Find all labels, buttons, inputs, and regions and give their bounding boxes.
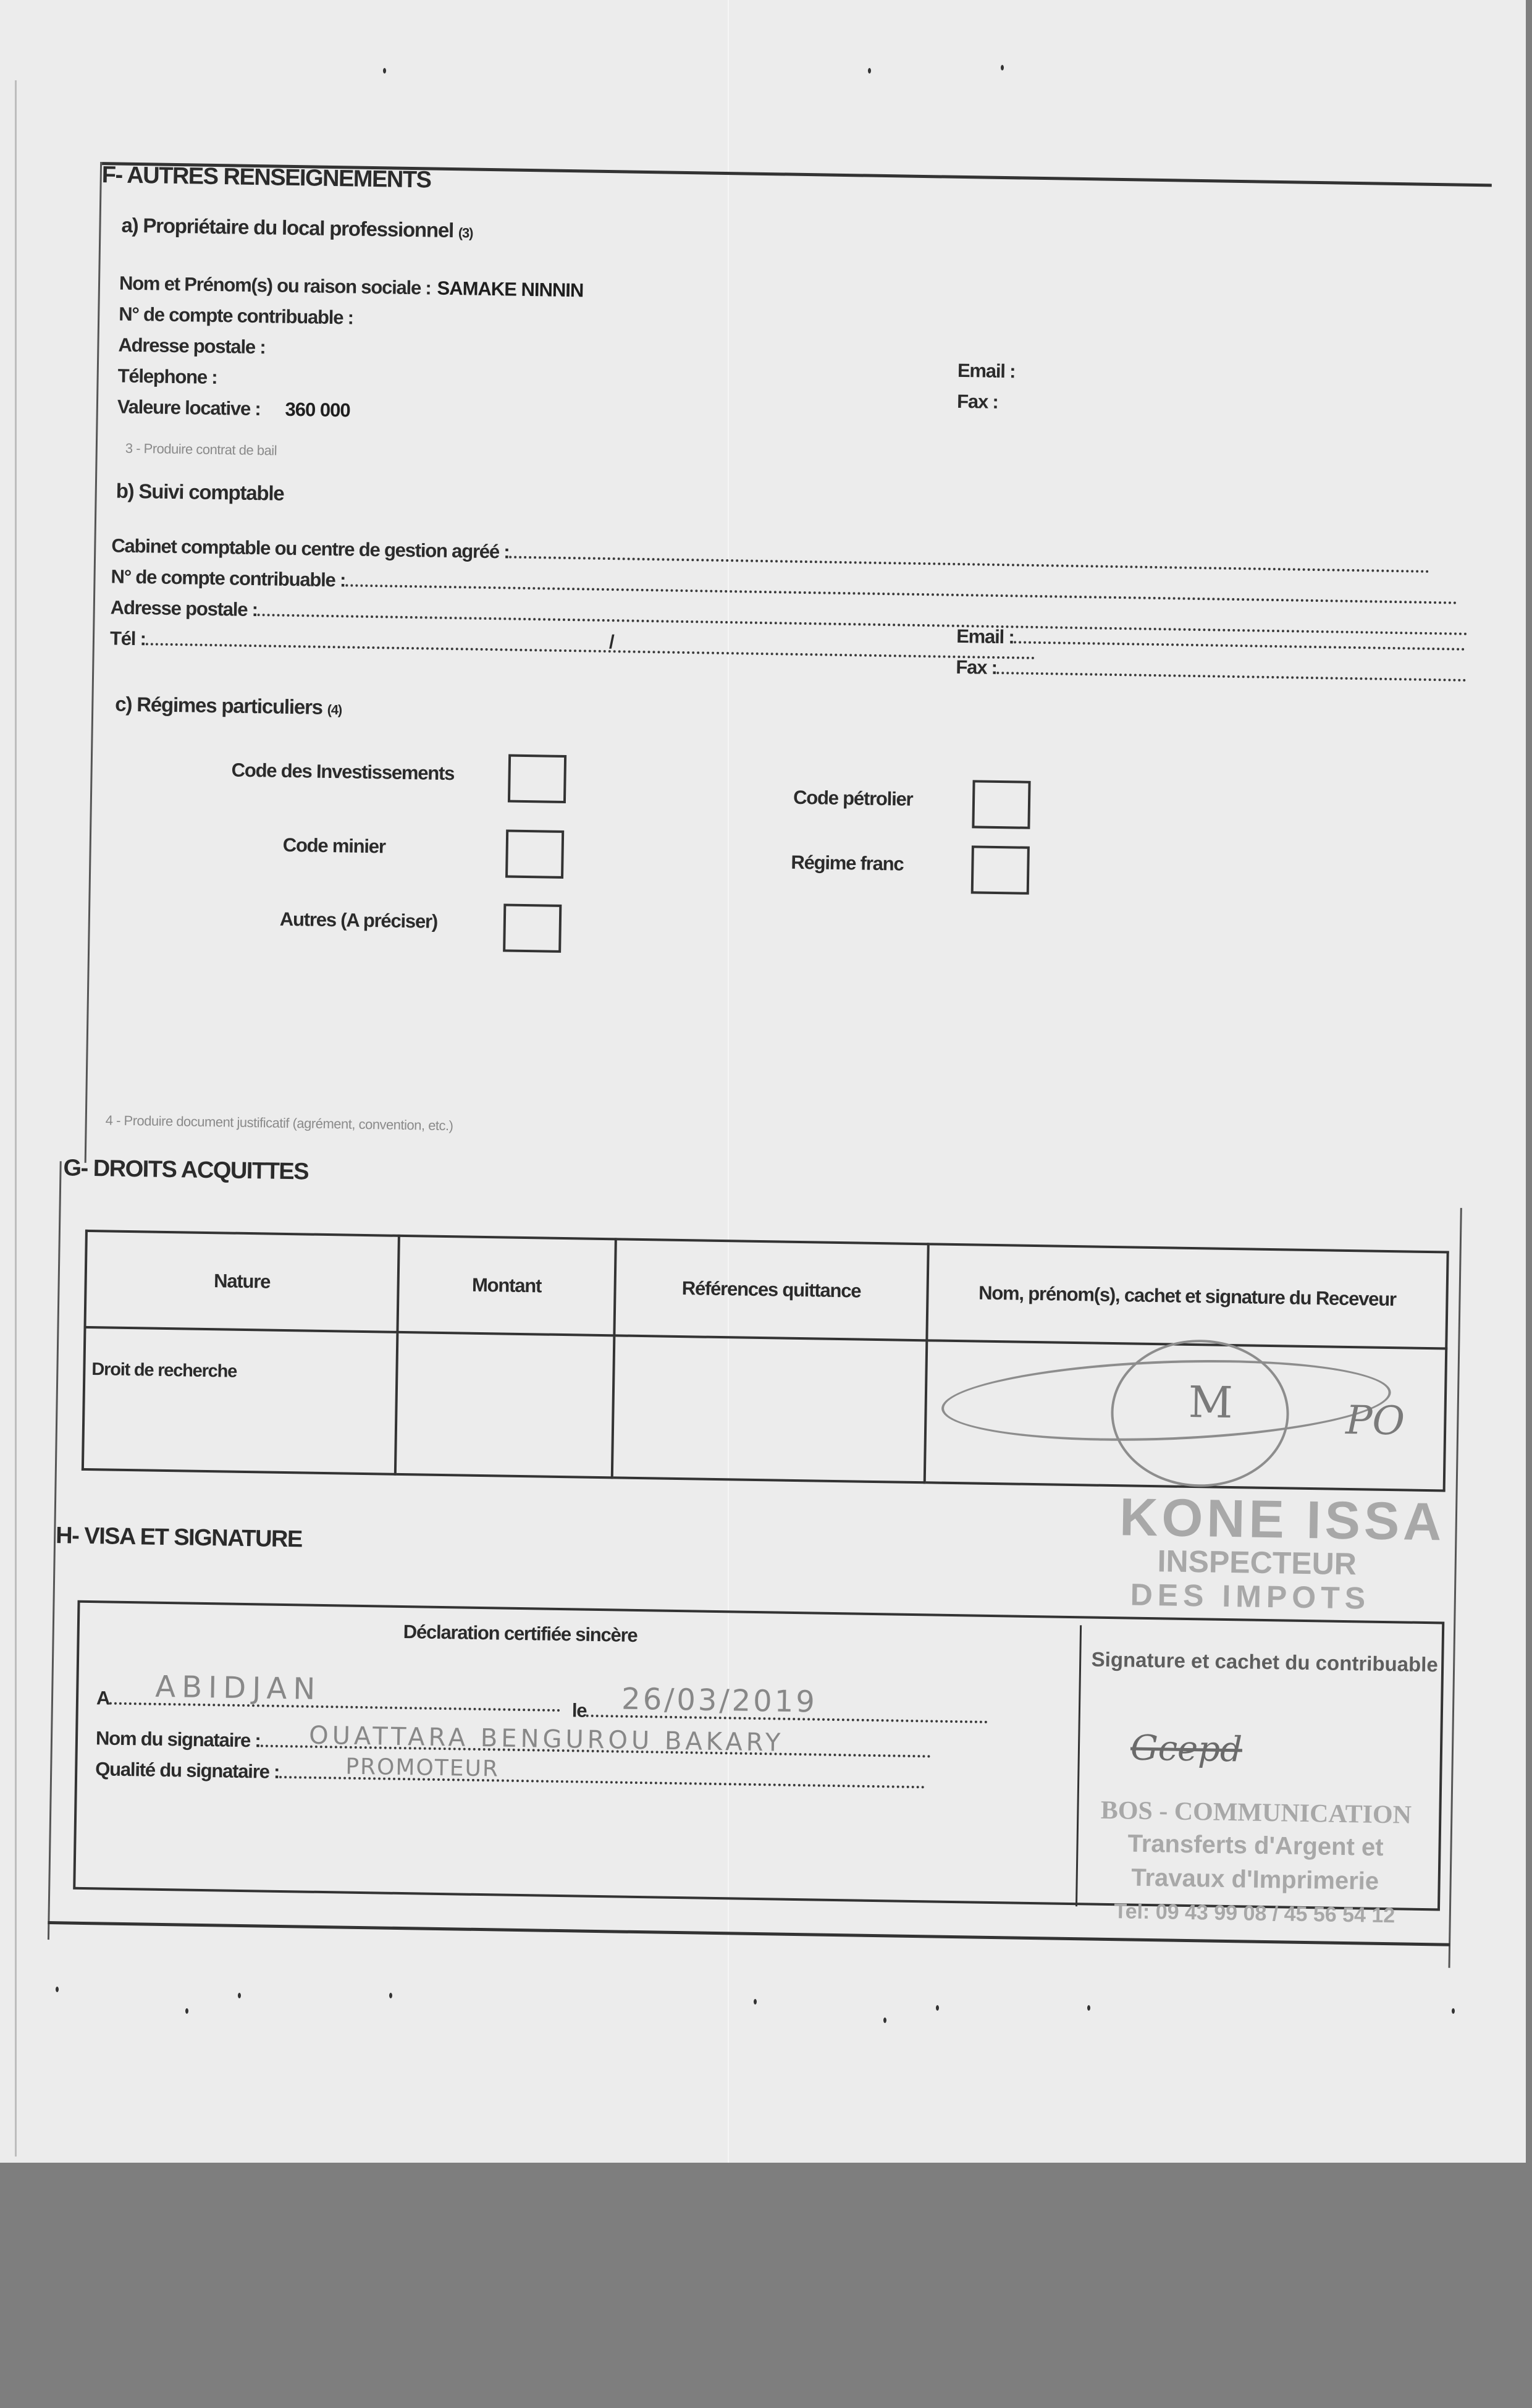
col-nature: Nature <box>85 1231 399 1332</box>
scan-speck <box>754 1999 757 2005</box>
regime-label-investissements: Code des Investissements <box>231 759 454 785</box>
accounting-account-label: N° de compte contribuable : <box>111 565 345 591</box>
owner-phone-field: Télephone : <box>117 365 217 389</box>
cell-references[interactable] <box>612 1335 927 1482</box>
owner-fax-field: Fax : <box>957 391 998 413</box>
col-references: Références quittance <box>614 1239 928 1340</box>
cell-nature: Droit de recherche <box>83 1327 398 1474</box>
regime-label-autres: Autres (A préciser) <box>280 908 438 933</box>
owner-name-field: Nom et Prénom(s) ou raison sociale :SAMA… <box>119 272 584 302</box>
taxpayer-stamp-line1: BOS - COMMUNICATION <box>1083 1795 1429 1830</box>
accounting-email-label: Email : <box>956 625 1014 648</box>
subsection-c-title: c) Régimes particuliers (4) <box>115 693 342 720</box>
regime-label-petrolier: Code pétrolier <box>793 787 913 811</box>
accounting-tel-field: Tél : <box>110 627 1035 664</box>
owner-email-label: Email : <box>958 360 1016 382</box>
frame-left-border <box>85 162 102 1163</box>
regime-checkbox-petrolier[interactable] <box>972 780 1030 829</box>
subsection-c-label: c) Régimes particuliers <box>115 693 322 719</box>
owner-account-label: N° de compte contribuable : <box>119 303 353 329</box>
regime-checkbox-minier[interactable] <box>505 829 564 878</box>
accounting-fax-input[interactable] <box>997 659 1467 682</box>
scan-speck <box>56 1987 59 1992</box>
scan-speck <box>1001 65 1004 70</box>
owner-phone-label: Télephone : <box>117 365 217 389</box>
taxpayer-stamp-line2: Transferts d'Argent et <box>1082 1829 1429 1862</box>
footnote-4: 4 - Produire document justificatif (agré… <box>106 1112 453 1134</box>
signer-quality-value: PROMOTEUR <box>345 1754 499 1782</box>
section-h-title: H- VISA ET SIGNATURE <box>56 1523 302 1553</box>
taxpayer-signature: Gcepd <box>1130 1728 1242 1770</box>
receveur-stamp-dept: DES IMPOTS <box>1126 1576 1374 1616</box>
accounting-fax-label: Fax : <box>956 656 997 678</box>
subsection-b-title: b) Suivi comptable <box>116 479 284 505</box>
subsection-c-note: (4) <box>327 702 342 717</box>
regime-checkbox-franc[interactable] <box>971 845 1030 894</box>
section-g-title: G- DROITS ACQUITTES <box>63 1155 308 1185</box>
owner-rent-field: Valeure locative :360 000 <box>117 396 350 422</box>
document-page: F- AUTRES RENSEIGNEMENTS a) Propriétaire… <box>0 0 1532 2185</box>
tel-separator: / <box>609 631 614 653</box>
section-f-title: F- AUTRES RENSEIGNEMENTS <box>101 162 431 193</box>
subsection-a-title: a) Propriétaire du local professionnel (… <box>121 214 473 243</box>
col-montant: Montant <box>397 1236 615 1335</box>
regime-label-franc: Régime franc <box>791 851 904 876</box>
accounting-account-input[interactable] <box>345 572 1457 604</box>
scan-speck <box>883 2017 886 2023</box>
scan-speck <box>868 68 871 74</box>
taxpayer-stamp-line3: Travaux d'Imprimerie <box>1082 1863 1428 1896</box>
subsection-a-label: a) Propriétaire du local professionnel <box>121 214 453 242</box>
owner-email-field: Email : <box>958 360 1016 382</box>
scan-speck <box>936 2005 939 2011</box>
col-receveur: Nom, prénom(s), cachet et signature du R… <box>927 1244 1447 1348</box>
owner-name-label: Nom et Prénom(s) ou raison sociale : <box>119 272 431 299</box>
signer-quality-label: Qualité du signataire : <box>95 1758 279 1783</box>
frame-left-border-lower <box>48 1161 62 1940</box>
place-label: A <box>96 1687 110 1709</box>
signer-name-label: Nom du signataire : <box>96 1727 261 1751</box>
owner-address-field: Adresse postale : <box>118 334 266 359</box>
footnote-3: 3 - Produire contrat de bail <box>125 441 277 459</box>
frame-right-border <box>1448 1208 1462 1968</box>
owner-account-field: N° de compte contribuable : <box>119 303 353 329</box>
owner-address-label: Adresse postale : <box>118 334 266 358</box>
cell-montant[interactable] <box>395 1332 615 1477</box>
regime-checkbox-investissements[interactable] <box>508 754 566 803</box>
taxpayer-signature-title: Signature et cachet du contribuable <box>1088 1641 1441 1683</box>
scan-speck <box>383 68 386 74</box>
date-value: 26/03/2019 <box>621 1682 817 1720</box>
scan-speck <box>1087 2005 1090 2011</box>
accounting-fax-field: Fax : <box>956 656 1467 686</box>
receveur-signature-initials: PO <box>1345 1398 1405 1444</box>
accounting-address-label: Adresse postale : <box>111 596 258 620</box>
owner-rent-value[interactable]: 360 000 <box>285 399 350 421</box>
accounting-tel-input[interactable] <box>146 630 1035 659</box>
declaration-title: Déclaration certifiée sincère <box>403 1621 638 1647</box>
receveur-stamp-title: INSPECTEUR <box>1139 1543 1374 1582</box>
place-value: ABIDJAN <box>155 1670 322 1707</box>
owner-fax-label: Fax : <box>957 391 998 413</box>
regime-checkbox-autres[interactable] <box>503 903 562 952</box>
scan-speck <box>389 1993 392 1998</box>
accounting-tel-label: Tél : <box>110 627 146 649</box>
receveur-signature-mark: M <box>1188 1377 1233 1428</box>
scan-speck <box>238 1993 241 1998</box>
date-label: le <box>572 1699 587 1721</box>
accounting-firm-label: Cabinet comptable ou centre de gestion a… <box>111 534 510 562</box>
owner-name-value[interactable]: SAMAKE NINNIN <box>437 277 583 302</box>
scan-speck <box>1452 2008 1455 2014</box>
accounting-firm-input[interactable] <box>509 544 1429 573</box>
taxpayer-stamp-line4: Tel: 09 43 99 08 / 45 56 54 12 <box>1082 1899 1428 1929</box>
regime-label-minier: Code minier <box>283 834 385 858</box>
scan-speck <box>185 2008 188 2014</box>
accounting-email-input[interactable] <box>1014 628 1465 650</box>
owner-rent-label: Valeure locative : <box>117 396 261 420</box>
subsection-a-note: (3) <box>458 225 473 240</box>
